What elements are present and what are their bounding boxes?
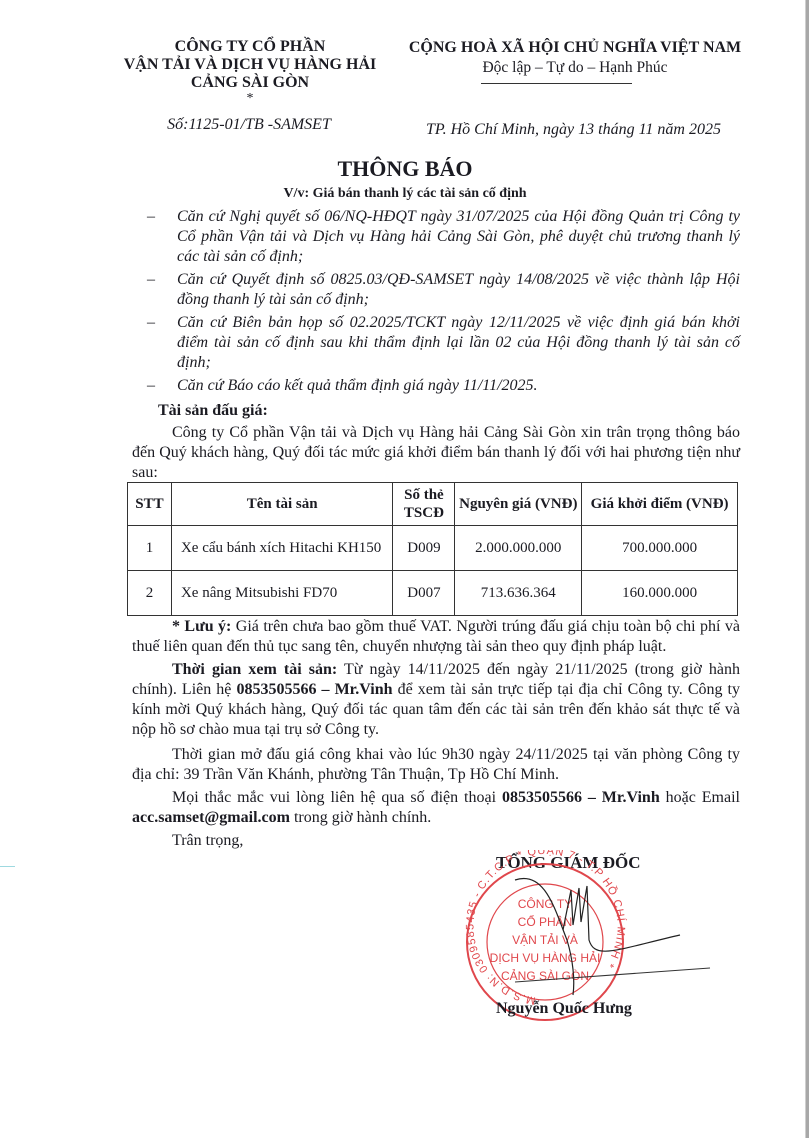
viewing-paragraph: Thời gian xem tài sản: Từ ngày 14/11/202…	[132, 660, 740, 740]
closing: Trân trọng,	[132, 831, 740, 851]
svg-text:CẢNG SÀI GÒN: CẢNG SÀI GÒN	[501, 968, 589, 983]
note-paragraph: * Lưu ý: Giá trên chưa bao gồm thuế VAT.…	[132, 617, 740, 657]
basis-item: –Căn cứ Nghị quyết số 06/NQ-HĐQT ngày 31…	[145, 207, 740, 267]
cell-asset-name: Xe nâng Mitsubishi FD70	[171, 571, 393, 616]
cell-stt: 1	[128, 526, 172, 571]
col-card-number: Số thẻTSCĐ	[393, 483, 455, 526]
company-name-line-2: VẬN TẢI VÀ DỊCH VỤ HÀNG HẢI	[100, 56, 400, 74]
inquiry-contact: 0853505566 – Mr.Vinh	[502, 789, 660, 806]
national-motto: Độc lập – Tự do – Hạnh Phúc	[482, 58, 667, 78]
cell-card-number: D007	[393, 571, 455, 616]
svg-text:CÔNG TY: CÔNG TY	[518, 896, 572, 911]
col-stt: STT	[128, 483, 172, 526]
viewing-label: Thời gian xem tài sản:	[172, 661, 337, 678]
cell-original-price: 2.000.000.000	[455, 526, 582, 571]
header-star: *	[100, 92, 400, 106]
motto-underline	[481, 83, 632, 84]
place-date: TP. Hồ Chí Minh, ngày 13 tháng 11 năm 20…	[426, 121, 721, 139]
national-header: CỘNG HOÀ XÃ HỘI CHỦ NGHĨA VIỆT NAM Độc l…	[390, 38, 760, 78]
cell-asset-name: Xe cẩu bánh xích Hitachi KH150	[171, 526, 393, 571]
note-label: * Lưu ý:	[172, 618, 231, 635]
company-name-line-1: CÔNG TY CỔ PHẦN	[100, 38, 400, 56]
inquiry-paragraph: Mọi thắc mắc vui lòng liên hệ qua số điệ…	[132, 788, 740, 828]
basis-item: –Căn cứ Báo cáo kết quả thẩm định giá ng…	[145, 376, 740, 396]
cell-original-price: 713.636.364	[455, 571, 582, 616]
cell-starting-price: 700.000.000	[582, 526, 738, 571]
table-row: 1 Xe cẩu bánh xích Hitachi KH150 D009 2.…	[128, 526, 738, 571]
cell-starting-price: 160.000.000	[582, 571, 738, 616]
cell-stt: 2	[128, 571, 172, 616]
cell-card-number: D009	[393, 526, 455, 571]
svg-text:DỊCH VỤ HÀNG HẢI: DỊCH VỤ HÀNG HẢI	[490, 950, 601, 965]
viewing-contact: 0853505566 – Mr.Vinh	[236, 681, 392, 698]
document-number: Số:1125-01/TB -SAMSET	[104, 116, 394, 134]
signatory-name: Nguyễn Quốc Hưng	[496, 1000, 632, 1018]
intro-paragraph: Công ty Cổ phần Vận tải và Dịch vụ Hàng …	[132, 423, 740, 483]
table-row: 2 Xe nâng Mitsubishi FD70 D007 713.636.3…	[128, 571, 738, 616]
section-title-assets: Tài sản đấu giá:	[158, 402, 268, 420]
scan-mark	[0, 866, 15, 867]
document-subject: V/v: Giá bán thanh lý các tài sản cố địn…	[0, 186, 810, 202]
table-header-row: STT Tên tài sản Số thẻTSCĐ Nguyên giá (V…	[128, 483, 738, 526]
auction-paragraph: Thời gian mở đấu giá công khai vào lúc 9…	[132, 745, 740, 785]
basis-item: –Căn cứ Biên bản họp số 02.2025/TCKT ngà…	[145, 313, 740, 373]
col-original-price: Nguyên giá (VNĐ)	[455, 483, 582, 526]
legal-basis-list: –Căn cứ Nghị quyết số 06/NQ-HĐQT ngày 31…	[145, 207, 740, 399]
company-header: CÔNG TY CỔ PHẦN VẬN TẢI VÀ DỊCH VỤ HÀNG …	[100, 38, 400, 106]
basis-item: –Căn cứ Quyết định số 0825.03/QĐ-SAMSET …	[145, 270, 740, 310]
company-name-line-3: CẢNG SÀI GÒN	[100, 74, 400, 92]
nation-title: CỘNG HOÀ XÃ HỘI CHỦ NGHĨA VIỆT NAM	[390, 38, 760, 58]
col-asset-name: Tên tài sản	[171, 483, 393, 526]
assets-table: STT Tên tài sản Số thẻTSCĐ Nguyên giá (V…	[127, 482, 738, 616]
col-starting-price: Giá khởi điểm (VNĐ)	[582, 483, 738, 526]
document-title: THÔNG BÁO	[0, 156, 810, 182]
inquiry-email[interactable]: acc.samset@gmail.com	[132, 809, 290, 826]
